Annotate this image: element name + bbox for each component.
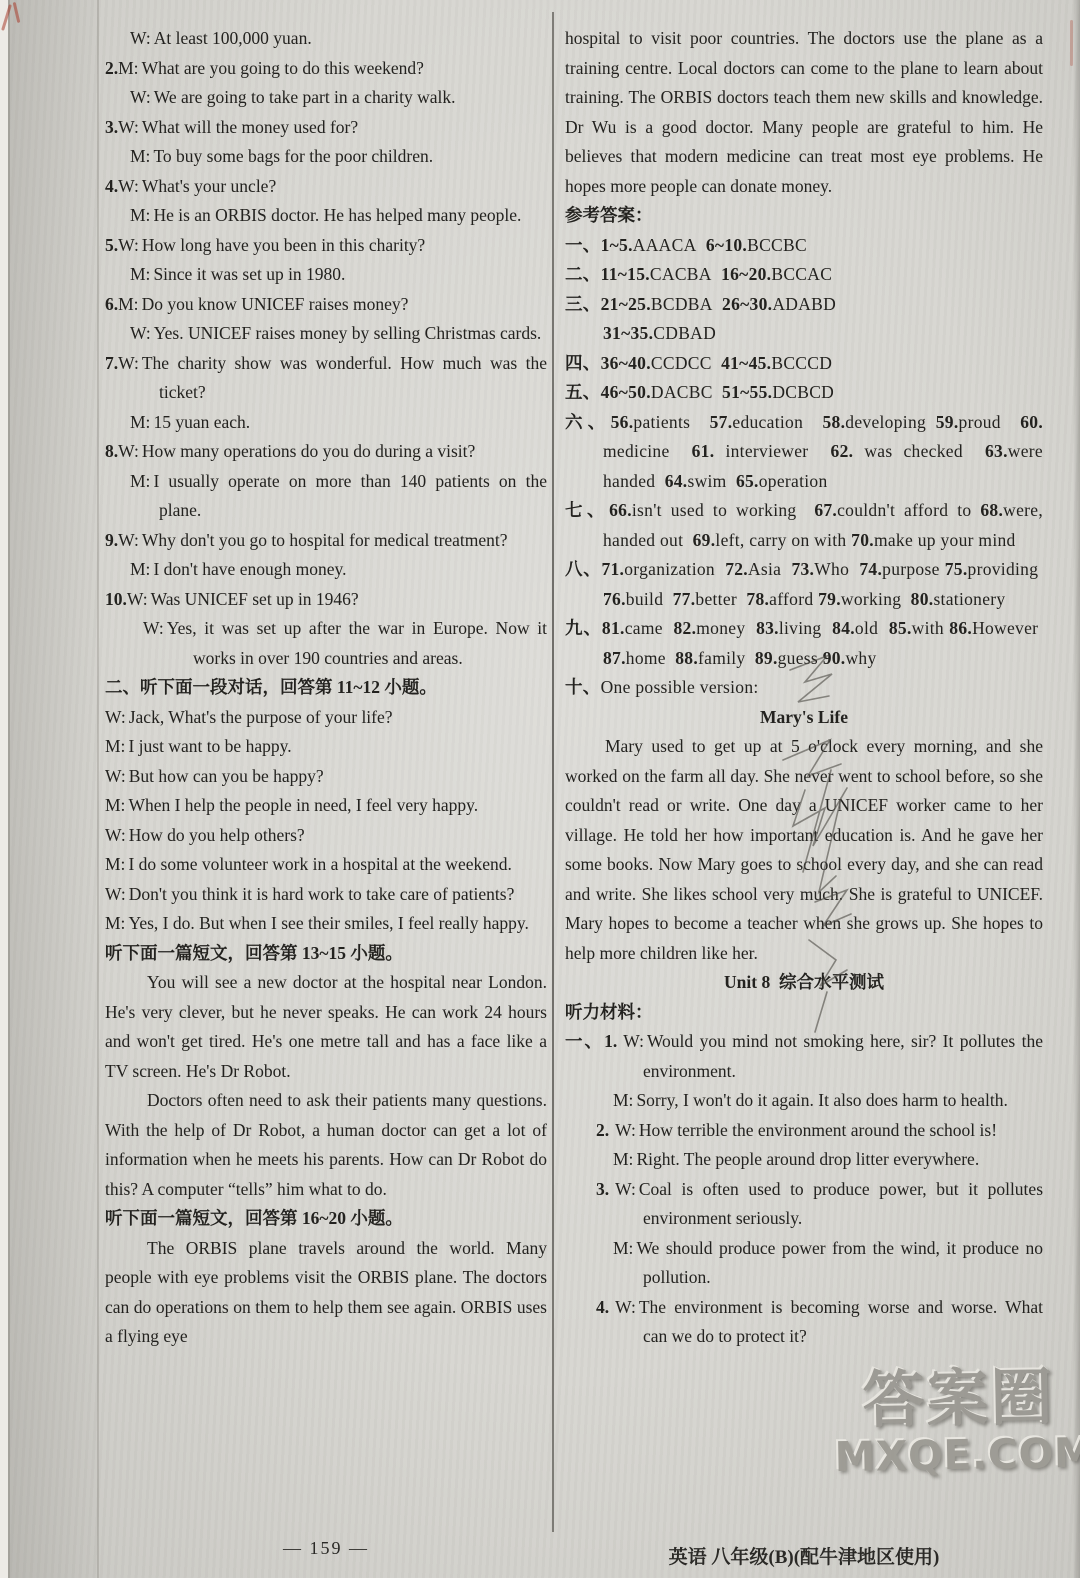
dialog-line: 4.W:The environment is becoming worse an… <box>565 1293 1043 1352</box>
item-number: 2. <box>596 1120 609 1140</box>
line-text: What's your uncle? <box>142 176 276 196</box>
watermark: 答案圈 MXQE.COM <box>833 1364 1080 1481</box>
line-text: 十、One possible version: <box>565 677 759 697</box>
line-text: Jack, What's the purpose of your life? <box>129 707 393 727</box>
line-text: To buy some bags for the poor children. <box>153 146 433 166</box>
dialog-line: M:Since it was set up in 1980. <box>105 260 547 290</box>
right-column: hospital to visit poor countries. The do… <box>565 24 1043 1352</box>
book-edition-footer: 英语 八年级(B)(配牛津地区使用) <box>565 1542 1043 1569</box>
speaker-label: M: <box>613 1149 633 1169</box>
line-text: How do you help others? <box>129 825 305 845</box>
paragraph: You will see a new doctor at the hospita… <box>105 968 547 1086</box>
line-text: The ORBIS plane travels around the world… <box>105 1238 547 1347</box>
answer-line: 二、11~15.CACBA 16~20.BCCAC <box>565 260 1043 290</box>
dialog-line: W:But how can you be happy? <box>105 762 547 792</box>
line-text: How terrible the environment around the … <box>639 1120 997 1140</box>
line-text: When I help the people in need, I feel v… <box>128 795 478 815</box>
line-text: I usually operate on more than 140 patie… <box>153 471 547 521</box>
line-text: 二、听下面一段对话，回答第 11~12 小题。 <box>105 677 437 697</box>
item-number: 3. <box>105 117 118 137</box>
line-text: 二、11~15.CACBA 16~20.BCCAC <box>565 264 832 284</box>
item-number: 6. <box>105 294 118 314</box>
speaker-label: M: <box>130 471 150 491</box>
speaker-label: M: <box>130 146 150 166</box>
line-text: Doctors often need to ask their patients… <box>105 1090 547 1199</box>
crease-line <box>97 0 99 1578</box>
section-heading: 参考答案： <box>565 201 1043 231</box>
paragraph: hospital to visit poor countries. The do… <box>565 24 1043 201</box>
speaker-label: M: <box>613 1238 633 1258</box>
paragraph: Mary used to get up at 5 o'clock every m… <box>565 732 1043 968</box>
answer-line: 九、81.came 82.money 83.living 84.old 85.w… <box>565 614 1043 673</box>
page-edge-shadow <box>1073 0 1080 1578</box>
scanned-textbook-page: { "footer": { "page_number": "— 159 —", … <box>0 0 1080 1578</box>
dialog-line: W:At least 100,000 yuan. <box>105 24 547 54</box>
line-text: Was UNICEF set up in 1946? <box>151 589 359 609</box>
speaker-label: M: <box>118 294 138 314</box>
line-text: 三、21~25.BCDBA 26~30.ADABD <box>565 294 836 314</box>
answer-line: 三、21~25.BCDBA 26~30.ADABD <box>565 290 1043 320</box>
line-text: Right. The people around drop litter eve… <box>636 1149 979 1169</box>
answer-line: 31~35.CDBAD <box>565 319 1043 349</box>
speaker-label: W: <box>105 884 126 904</box>
dialog-line: M:When I help the people in need, I feel… <box>105 791 547 821</box>
dialog-line: M:Right. The people around drop litter e… <box>565 1145 1043 1175</box>
line-text: 参考答案： <box>565 205 653 225</box>
page-edge <box>0 0 8 1578</box>
line-text: 四、36~40.CCDCC 41~45.BCCCD <box>565 353 832 373</box>
line-text: Since it was set up in 1980. <box>153 264 345 284</box>
speaker-label: W: <box>623 1031 644 1051</box>
line-text: We should produce power from the wind, i… <box>636 1238 1043 1288</box>
column-divider <box>552 12 554 1532</box>
speaker-label: W: <box>118 235 139 255</box>
dialog-line: 一、1.W:Would you mind not smoking here, s… <box>565 1027 1043 1086</box>
speaker-label: M: <box>130 264 150 284</box>
line-text: At least 100,000 yuan. <box>154 28 312 48</box>
section-heading: 听力材料： <box>565 998 1043 1028</box>
line-text: 八、71.organization 72.Asia 73.Who 74.purp… <box>565 559 1043 609</box>
dialog-line: 5.W:How long have you been in this chari… <box>105 231 547 261</box>
line-text: Why don't you go to hospital for medical… <box>142 530 508 550</box>
line-text: 15 yuan each. <box>153 412 250 432</box>
line-text: Sorry, I won't do it again. It also does… <box>636 1090 1007 1110</box>
binding-gutter-shade <box>10 0 98 1578</box>
dialog-line: 8.W:How many operations do you do during… <box>105 437 547 467</box>
line-text: Unit 8 综合水平测试 <box>724 972 884 992</box>
section-heading: 二、听下面一段对话，回答第 11~12 小题。 <box>105 673 547 703</box>
speaker-label: M: <box>105 913 125 933</box>
dialog-line: 3.W:What will the money used for? <box>105 113 547 143</box>
dialog-line: M:I usually operate on more than 140 pat… <box>105 467 547 526</box>
dialog-line: 9.W:Why don't you go to hospital for med… <box>105 526 547 556</box>
speaker-label: M: <box>130 205 150 225</box>
line-text: 听力材料： <box>565 1002 653 1022</box>
subtitle: Mary's Life <box>565 703 1043 733</box>
line-text: 五、46~50.DACBC 51~55.DCBCD <box>565 382 834 402</box>
speaker-label: W: <box>615 1179 636 1199</box>
dialog-line: 10.W:Was UNICEF set up in 1946? <box>105 585 547 615</box>
item-number: 8. <box>105 441 118 461</box>
line-text: Coal is often used to produce power, but… <box>639 1179 1043 1229</box>
dialog-line: M:I just want to be happy. <box>105 732 547 762</box>
speaker-label: W: <box>118 117 139 137</box>
speaker-label: W: <box>143 618 164 638</box>
speaker-label: W: <box>118 353 139 373</box>
speaker-label: W: <box>130 87 151 107</box>
answer-line: 七、66.isn't used to working 67.couldn't a… <box>565 496 1043 555</box>
paragraph: The ORBIS plane travels around the world… <box>105 1234 547 1352</box>
item-number: 2. <box>105 58 118 78</box>
dialog-line: 2.M:What are you going to do this weeken… <box>105 54 547 84</box>
line-text: You will see a new doctor at the hospita… <box>105 972 547 1081</box>
speaker-label: W: <box>130 323 151 343</box>
speaker-label: M: <box>130 559 150 579</box>
line-text: Yes, it was set up after the war in Euro… <box>167 618 547 668</box>
dialog-line: M:Sorry, I won't do it again. It also do… <box>565 1086 1043 1116</box>
speaker-label: W: <box>118 176 139 196</box>
line-text: What are you going to do this weekend? <box>142 58 424 78</box>
item-number: 4. <box>596 1297 609 1317</box>
line-text: He is an ORBIS doctor. He has helped man… <box>153 205 521 225</box>
dialog-line: W:Jack, What's the purpose of your life? <box>105 703 547 733</box>
line-text: How many operations do you do during a v… <box>142 441 475 461</box>
red-ink-mark <box>1070 20 1073 66</box>
answer-line: 六、56.patients 57.education 58.developing… <box>565 408 1043 497</box>
page-number: — 159 — <box>105 1538 547 1559</box>
speaker-label: W: <box>127 589 148 609</box>
answer-line: 五、46~50.DACBC 51~55.DCBCD <box>565 378 1043 408</box>
left-column: W:At least 100,000 yuan.2.M:What are you… <box>105 24 547 1352</box>
line-text: Yes. UNICEF raises money by selling Chri… <box>154 323 542 343</box>
line-text: I don't have enough money. <box>153 559 346 579</box>
line-text: 七、66.isn't used to working 67.couldn't a… <box>565 500 1043 550</box>
line-text: 听下面一篇短文，回答第 13~15 小题。 <box>105 943 403 963</box>
line-text: 一、1~5.AAACA 6~10.BCCBC <box>565 235 807 255</box>
line-text: We are going to take part in a charity w… <box>154 87 456 107</box>
speaker-label: W: <box>615 1120 636 1140</box>
speaker-label: W: <box>105 707 126 727</box>
speaker-label: W: <box>105 766 126 786</box>
item-number: 一、1. <box>565 1031 617 1051</box>
dialog-line: M:He is an ORBIS doctor. He has helped m… <box>105 201 547 231</box>
line-text: The environment is becoming worse and wo… <box>639 1297 1043 1347</box>
line-text: But how can you be happy? <box>129 766 324 786</box>
dialog-line: M:I don't have enough money. <box>105 555 547 585</box>
speaker-label: M: <box>105 795 125 815</box>
item-number: 4. <box>105 176 118 196</box>
dialog-line: 6.M:Do you know UNICEF raises money? <box>105 290 547 320</box>
dialog-line: M:We should produce power from the wind,… <box>565 1234 1043 1293</box>
speaker-label: M: <box>613 1090 633 1110</box>
watermark-logo: 答案圈 <box>833 1364 1080 1433</box>
line-text: How long have you been in this charity? <box>142 235 425 255</box>
section-heading: 听下面一篇短文，回答第 13~15 小题。 <box>105 939 547 969</box>
dialog-line: M:15 yuan each. <box>105 408 547 438</box>
line-text: Mary used to get up at 5 o'clock every m… <box>565 736 1043 963</box>
line-text: 听下面一篇短文，回答第 16~20 小题。 <box>105 1208 403 1228</box>
line-text: hospital to visit poor countries. The do… <box>565 28 1043 196</box>
line-text: The charity show was wonderful. How much… <box>142 353 547 403</box>
dialog-line: M:I do some volunteer work in a hospital… <box>105 850 547 880</box>
dialog-line: 2.W:How terrible the environment around … <box>565 1116 1043 1146</box>
dialog-line: W:We are going to take part in a charity… <box>105 83 547 113</box>
dialog-line: W:Yes. UNICEF raises money by selling Ch… <box>105 319 547 349</box>
speaker-label: M: <box>130 412 150 432</box>
line-text: 九、81.came 82.money 83.living 84.old 85.w… <box>565 618 1043 668</box>
paragraph: Doctors often need to ask their patients… <box>105 1086 547 1204</box>
line-text: I do some volunteer work in a hospital a… <box>128 854 511 874</box>
dialog-line: W:Don't you think it is hard work to tak… <box>105 880 547 910</box>
item-number: 9. <box>105 530 118 550</box>
dialog-line: 4.W:What's your uncle? <box>105 172 547 202</box>
item-number: 10. <box>105 589 127 609</box>
answer-line: 一、1~5.AAACA 6~10.BCCBC <box>565 231 1043 261</box>
speaker-label: M: <box>105 854 125 874</box>
speaker-label: W: <box>130 28 151 48</box>
dialog-line: W:Yes, it was set up after the war in Eu… <box>105 614 547 673</box>
watermark-site: MXQE.COM <box>834 1429 1080 1481</box>
item-number: 5. <box>105 235 118 255</box>
line-text: What will the money used for? <box>142 117 358 137</box>
speaker-label: M: <box>118 58 138 78</box>
line-text: I just want to be happy. <box>128 736 291 756</box>
line-text: 31~35.CDBAD <box>603 323 716 343</box>
subtitle: Unit 8 综合水平测试 <box>565 968 1043 998</box>
dialog-line: W:How do you help others? <box>105 821 547 851</box>
line-text: Would you mind not smoking here, sir? It… <box>643 1031 1043 1081</box>
answer-line: 四、36~40.CCDCC 41~45.BCCCD <box>565 349 1043 379</box>
answer-line: 八、71.organization 72.Asia 73.Who 74.purp… <box>565 555 1043 614</box>
speaker-label: M: <box>105 736 125 756</box>
item-number: 3. <box>596 1179 609 1199</box>
line-text: Yes, I do. But when I see their smiles, … <box>128 913 528 933</box>
speaker-label: W: <box>118 530 139 550</box>
dialog-line: M:To buy some bags for the poor children… <box>105 142 547 172</box>
line-text: 六、56.patients 57.education 58.developing… <box>565 412 1043 491</box>
speaker-label: W: <box>105 825 126 845</box>
item-number: 7. <box>105 353 118 373</box>
speaker-label: W: <box>118 441 139 461</box>
line-text: Don't you think it is hard work to take … <box>129 884 515 904</box>
dialog-line: 3.W:Coal is often used to produce power,… <box>565 1175 1043 1234</box>
line-text: Do you know UNICEF raises money? <box>142 294 409 314</box>
answer-line: 十、One possible version: <box>565 673 1043 703</box>
dialog-line: 7.W:The charity show was wonderful. How … <box>105 349 547 408</box>
dialog-line: M:Yes, I do. But when I see their smiles… <box>105 909 547 939</box>
speaker-label: W: <box>615 1297 636 1317</box>
line-text: Mary's Life <box>760 707 848 727</box>
section-heading: 听下面一篇短文，回答第 16~20 小题。 <box>105 1204 547 1234</box>
